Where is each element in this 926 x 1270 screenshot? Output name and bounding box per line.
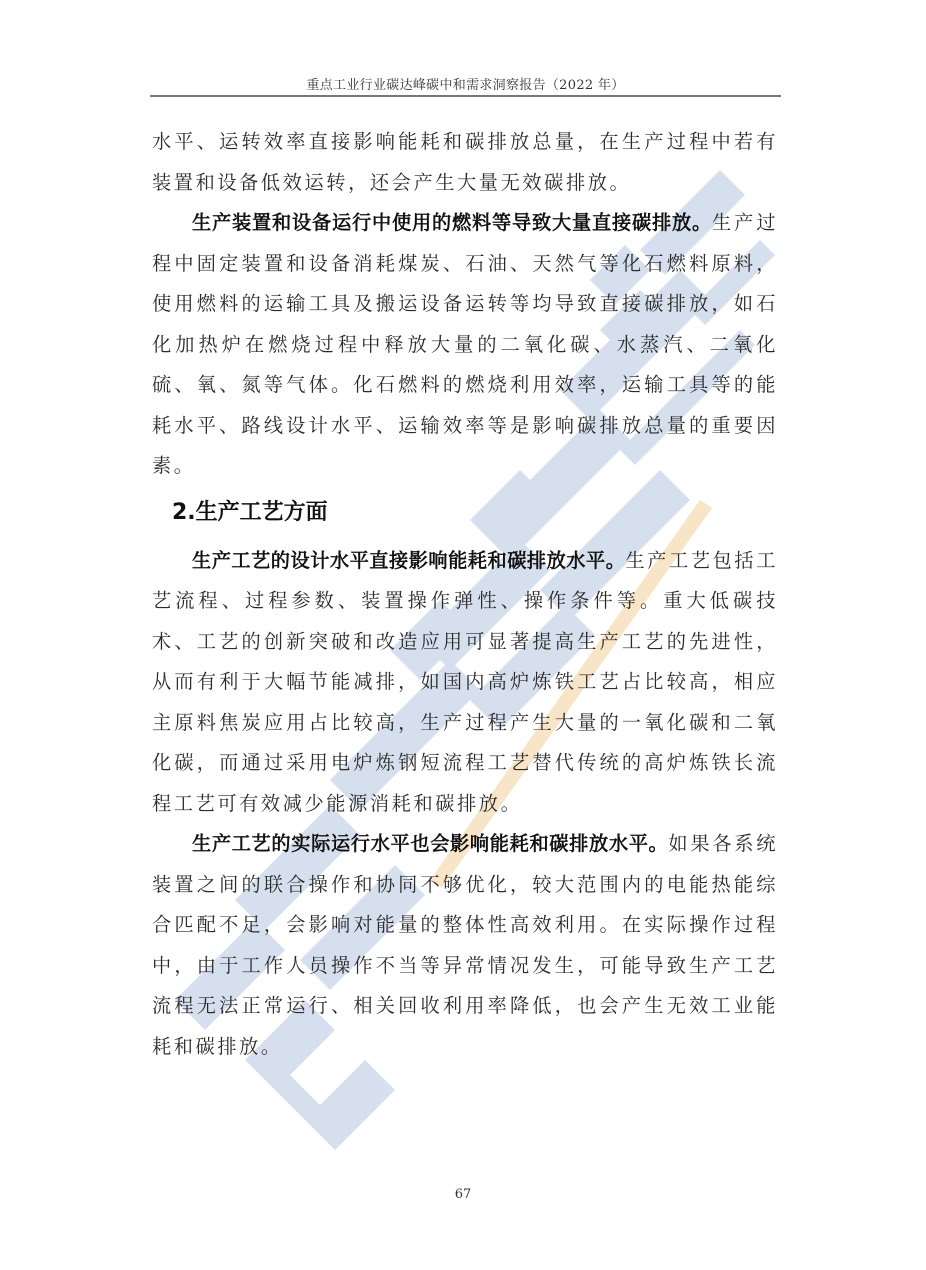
paragraph-text: 如果各系统装置之间的联合操作和协同不够优化，较大范围内的电能热能综合匹配不足，会… [152,832,778,1058]
paragraph-text: 生产工艺包括工艺流程、过程参数、装置操作弹性、操作条件等。重大低碳技术、工艺的创… [152,549,778,815]
paragraph-process-design: 生产工艺的设计水平直接影响能耗和碳排放水平。生产工艺包括工艺流程、过程参数、装置… [152,541,778,825]
paragraph-lead: 生产装置和设备运行中使用的燃料等导致大量直接碳排放。 [192,211,712,234]
header-divider [150,95,781,97]
paragraph-text: 生产过程中固定装置和设备消耗煤炭、石油、天然气等化石燃料原料，使用燃料的运输工具… [152,211,778,477]
paragraph-text: 水平、运转效率直接影响能耗和碳排放总量，在生产过程中若有装置和设备低效运转，还会… [152,130,778,194]
page-body: 水平、运转效率直接影响能耗和碳排放总量，在生产过程中若有装置和设备低效运转，还会… [152,122,778,1067]
section-title: 2.生产工艺方面 [172,491,778,535]
paragraph-process-operation: 生产工艺的实际运行水平也会影响能耗和碳排放水平。如果各系统装置之间的联合操作和协… [152,824,778,1067]
paragraph-lead: 生产工艺的实际运行水平也会影响能耗和碳排放水平。 [192,832,668,855]
paragraph-continuation: 水平、运转效率直接影响能耗和碳排放总量，在生产过程中若有装置和设备低效运转，还会… [152,122,778,203]
running-header: 重点工业行业碳达峰碳中和需求洞察报告（2022 年） [150,74,781,93]
paragraph-lead: 生产工艺的设计水平直接影响能耗和碳排放水平。 [192,549,625,572]
page-number: 67 [0,1187,926,1202]
paragraph-fuel-emissions: 生产装置和设备运行中使用的燃料等导致大量直接碳排放。生产过程中固定装置和设备消耗… [152,203,778,487]
